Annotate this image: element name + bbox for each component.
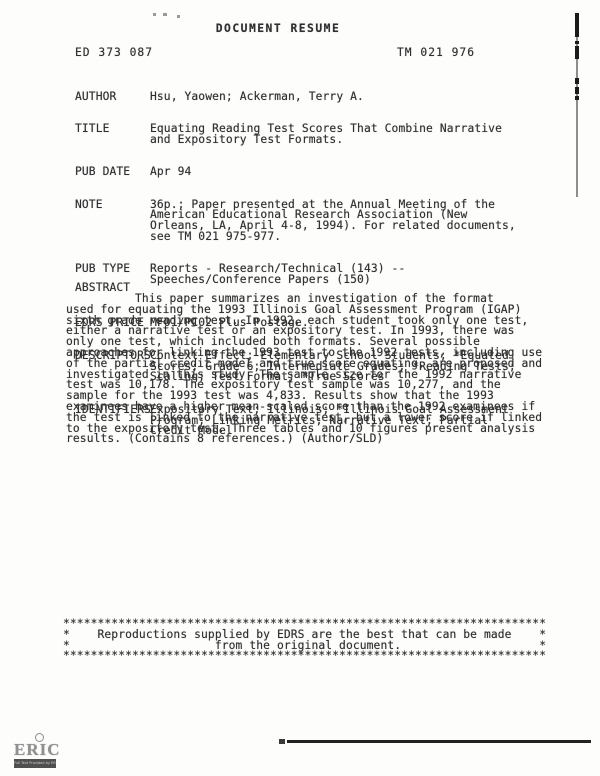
field-note: NOTE 36p.; Paper presented at the Annual… [75, 200, 545, 243]
scan-speck [177, 15, 180, 18]
field-value: Hsu, Yaowen; Ackerman, Terry A. [150, 92, 545, 103]
document-page: DOCUMENT RESUME ED 373 087 TM 021 976 AU… [0, 0, 600, 776]
edrs-reproduction-notice: ****************************************… [63, 619, 546, 662]
field-pub-date: PUB DATE Apr 94 [75, 167, 545, 178]
scan-edge-mark [575, 78, 579, 84]
field-pub-type: PUB TYPE Reports - Research/Technical (1… [75, 264, 545, 286]
field-label: PUB DATE [75, 167, 150, 178]
field-label: TITLE [75, 124, 150, 146]
field-value: Equating Reading Test Scores That Combin… [150, 124, 545, 146]
field-value: Apr 94 [150, 167, 545, 178]
ed-number: ED 373 087 [75, 48, 153, 59]
field-label: NOTE [75, 200, 150, 243]
abstract-text: This paper summarizes an investigation o… [66, 294, 566, 445]
field-value: 36p.; Paper presented at the Annual Meet… [150, 200, 545, 243]
scan-edge-mark [575, 96, 579, 100]
document-resume-header: DOCUMENT RESUME [0, 24, 556, 35]
scan-bottom-line [287, 740, 591, 743]
field-title: TITLE Equating Reading Test Scores That … [75, 124, 545, 146]
field-value: Reports - Research/Technical (143) -- Sp… [150, 264, 545, 286]
eric-logo: ERIC Full Text Provided by ERIC [14, 733, 58, 771]
field-author: AUTHOR Hsu, Yaowen; Ackerman, Terry A. [75, 92, 545, 103]
scan-edge-mark [575, 13, 579, 37]
scan-speck [153, 13, 156, 16]
scan-edge-mark [575, 41, 579, 44]
tm-number: TM 021 976 [397, 48, 475, 59]
scan-speck [163, 13, 167, 16]
scan-edge-mark [575, 87, 579, 94]
scan-edge-mark [575, 46, 579, 59]
scan-bottom-mark [279, 739, 285, 744]
eric-logo-text: ERIC [14, 740, 61, 760]
field-label: AUTHOR [75, 92, 150, 103]
eric-logo-banner: Full Text Provided by ERIC [14, 759, 56, 768]
